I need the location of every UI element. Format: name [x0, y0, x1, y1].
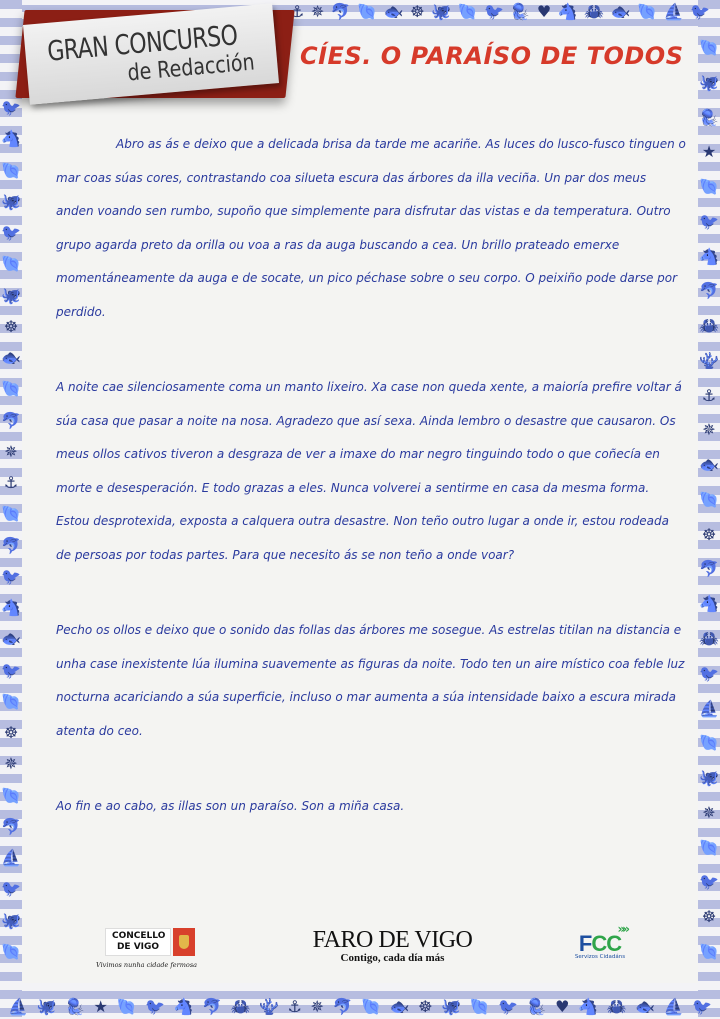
sea-creature-icon: 🐙	[441, 999, 461, 1015]
sea-creature-icon: 🐦	[1, 100, 21, 116]
sea-creature-icon: ♥	[555, 999, 569, 1015]
sea-creature-icon: 🦀	[607, 999, 627, 1015]
sea-creature-icon: 🪼	[699, 110, 719, 126]
fcc-cc: CC	[591, 931, 621, 956]
sea-creature-icon: 🐚	[116, 999, 136, 1015]
sea-creature-icon: ⛵	[664, 999, 684, 1015]
essay-paragraph-2: A noite cae silenciosamente coma un mant…	[56, 371, 686, 572]
sea-creature-icon: 🐬	[333, 999, 353, 1015]
sea-creature-icon: ⛵	[699, 701, 719, 717]
sea-creature-icon: 🪼	[527, 999, 547, 1015]
sea-creature-icon: ♥	[537, 4, 551, 20]
sea-creature-icon: 🐚	[1, 788, 21, 804]
sea-creature-icon: 🪸	[259, 999, 279, 1015]
sea-creature-icon: 🐚	[470, 999, 490, 1015]
sea-creature-icon: 🐴	[578, 999, 598, 1015]
sea-creature-icon: 🐟	[390, 999, 410, 1015]
sea-creature-icon: 🐚	[1, 506, 21, 522]
sea-creature-icon: 🐦	[1, 663, 21, 679]
sea-creature-icon: 🐟	[611, 4, 631, 20]
sea-creature-icon: 🐦	[699, 214, 719, 230]
sea-creature-icon: 🐬	[1, 538, 21, 554]
sea-creature-icon: 🐙	[37, 999, 57, 1015]
sea-creature-icon: 🐟	[699, 457, 719, 473]
sea-creature-icon: 🐚	[458, 4, 478, 20]
sea-creature-icon: 🐬	[202, 999, 222, 1015]
sea-creature-icon: 🐙	[699, 770, 719, 786]
sea-creature-icon: 🐦	[699, 666, 719, 682]
fcc-logo: »» FCC Servizos Cidadáns	[565, 924, 635, 960]
sea-creature-icon: ✵	[4, 444, 17, 460]
fcc-wordmark: FCC	[565, 934, 635, 954]
sea-creature-icon: 🐬	[699, 283, 719, 299]
sea-creature-icon: 🐴	[1, 131, 21, 147]
sea-creature-icon: 🐦	[1, 569, 21, 585]
sea-creature-icon: 🐟	[384, 4, 404, 20]
essay-paragraph-3: Pecho os ollos e deixo que o sonido das …	[56, 614, 686, 748]
sea-creature-icon: 🐬	[1, 819, 21, 835]
sea-creature-icon: 🐙	[1, 913, 21, 929]
sea-creature-icon: ☸	[410, 4, 424, 20]
sea-creature-icon: 🐬	[1, 413, 21, 429]
sea-creature-icon: ⛵	[8, 999, 28, 1015]
bottom-sea-icons: ⛵🐙🪼★🐚🐦🐴🐬🦀🪸⚓✵🐬🐚🐟☸🐙🐚🐦🪼♥🐴🦀🐟⛵🐦	[8, 999, 712, 1015]
sea-creature-icon: ✵	[311, 4, 324, 20]
sea-creature-icon: 🐬	[699, 561, 719, 577]
handwritten-essay: Abro as ás e deixo que a delicada brisa …	[56, 128, 686, 824]
sea-creature-icon: 🐚	[637, 4, 657, 20]
fcc-f: F	[579, 931, 591, 956]
sea-creature-icon: ✵	[702, 422, 715, 438]
sea-creature-icon: 🐟	[1, 631, 21, 647]
sea-creature-icon: 🐴	[1, 600, 21, 616]
sea-creature-icon: 🐦	[1, 225, 21, 241]
concello-motto: Vivimos nunha cidade fermosa	[96, 961, 197, 969]
sea-creature-icon: ★	[94, 999, 108, 1015]
sea-creature-icon: ⛵	[1, 850, 21, 866]
sea-creature-icon: ✵	[702, 805, 715, 821]
faro-tagline: Contigo, cada día más	[310, 952, 475, 964]
sea-creature-icon: 🐚	[699, 179, 719, 195]
sea-creature-icon: ⚓	[702, 388, 716, 404]
sea-creature-icon: 🐟	[1, 350, 21, 366]
sea-creature-icon: 🐙	[1, 194, 21, 210]
sea-creature-icon: 🐚	[1, 256, 21, 272]
sea-creature-icon: 🐦	[145, 999, 165, 1015]
sea-creature-icon: 🐴	[699, 596, 719, 612]
sea-creature-icon: 🐚	[699, 40, 719, 56]
sea-creature-icon: ☸	[418, 999, 432, 1015]
sea-creature-icon: 🐚	[1, 944, 21, 960]
sea-creature-icon: ⚓	[288, 999, 302, 1015]
fcc-subtitle: Servizos Cidadáns	[565, 954, 635, 960]
sea-creature-icon: 🐚	[699, 735, 719, 751]
sea-creature-icon: 🐦	[484, 4, 504, 20]
left-sea-icons: 🐦🐴🐚🐙🐦🐚🐙☸🐟🐚🐬✵⚓🐚🐬🐦🐴🐟🐦🐚☸✵🐚🐬⛵🐦🐙🐚	[2, 100, 20, 960]
sea-creature-icon: 🐙	[699, 75, 719, 91]
sea-creature-icon: ⚓	[4, 475, 18, 491]
essay-paragraph-4: Ao fin e ao cabo, as illas son un paraís…	[56, 790, 686, 824]
sea-creature-icon: 🐚	[357, 4, 377, 20]
sea-creature-icon: 🐚	[1, 381, 21, 397]
top-sea-icons: ⚓✵🐬🐚🐟☸🐙🐚🐦🪼♥🐴🦀🐟🐚⛵🐦	[290, 4, 710, 20]
sea-creature-icon: 🐦	[692, 999, 712, 1015]
sea-creature-icon: 🐚	[699, 840, 719, 856]
essay-title: CÍES. O PARAÍSO DE TODOS	[300, 42, 684, 70]
sea-creature-icon: 🐦	[690, 4, 710, 20]
sea-creature-icon: ☸	[4, 319, 18, 335]
essay-paragraph-1: Abro as ás e deixo que a delicada brisa …	[56, 128, 686, 329]
sea-creature-icon: 🐙	[431, 4, 451, 20]
sea-creature-icon: 🐟	[635, 999, 655, 1015]
sea-creature-icon: 🦀	[699, 631, 719, 647]
sea-creature-icon: 🐴	[699, 249, 719, 265]
sea-creature-icon: 🐴	[174, 999, 194, 1015]
sea-creature-icon: 🐦	[498, 999, 518, 1015]
sea-creature-icon: 🪸	[699, 353, 719, 369]
concello-de-vigo-logo: CONCELLO DE VIGO	[105, 928, 195, 956]
concello-name: CONCELLO DE VIGO	[105, 928, 171, 956]
sea-creature-icon: 🐚	[699, 944, 719, 960]
sea-creature-icon: ✵	[4, 756, 17, 772]
sea-creature-icon: 🦀	[699, 318, 719, 334]
sea-creature-icon: ⛵	[664, 4, 684, 20]
faro-de-vigo-logo: FARO DE VIGO Contigo, cada día más	[310, 928, 475, 964]
sea-creature-icon: 🐚	[1, 163, 21, 179]
sea-creature-icon: 🐴	[558, 4, 578, 20]
sea-creature-icon: ★	[702, 144, 716, 160]
sea-creature-icon: 🐦	[1, 881, 21, 897]
sea-creature-icon: 🐚	[699, 492, 719, 508]
sea-creature-icon: ✵	[311, 999, 324, 1015]
sea-creature-icon: ☸	[702, 909, 716, 925]
coat-of-arms-icon	[173, 928, 195, 956]
sea-creature-icon: 🪼	[510, 4, 530, 20]
faro-name: FARO DE VIGO	[310, 928, 475, 952]
sea-creature-icon: 🦀	[584, 4, 604, 20]
sea-creature-icon: 🦀	[231, 999, 251, 1015]
sea-creature-icon: ☸	[702, 527, 716, 543]
sea-creature-icon: 🐦	[699, 874, 719, 890]
sea-creature-icon: 🐚	[361, 999, 381, 1015]
right-sea-icons: 🐚🐙🪼★🐚🐦🐴🐬🦀🪸⚓✵🐟🐚☸🐬🐴🦀🐦⛵🐚🐙✵🐚🐦☸🐚	[700, 40, 718, 960]
sea-creature-icon: ☸	[4, 725, 18, 741]
sea-creature-icon: 🐬	[331, 4, 351, 20]
sea-creature-icon: 🪼	[65, 999, 85, 1015]
sea-creature-icon: 🐙	[1, 288, 21, 304]
sea-creature-icon: 🐚	[1, 694, 21, 710]
